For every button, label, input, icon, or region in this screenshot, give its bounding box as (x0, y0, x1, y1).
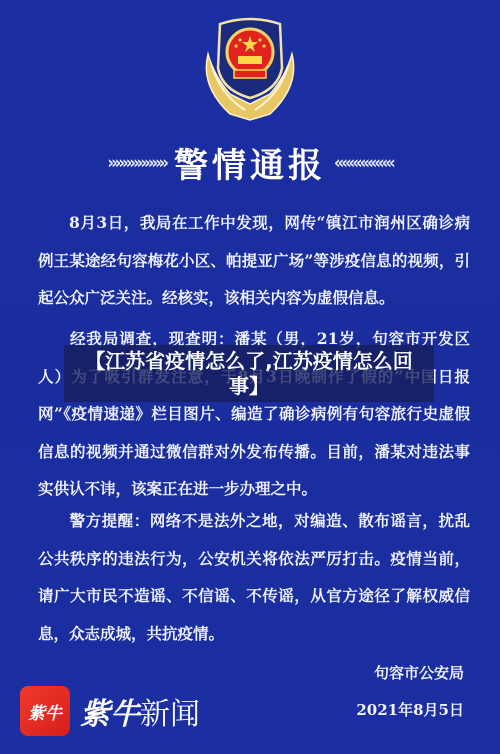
police-emblem-icon (190, 6, 310, 126)
notice-title: 警情通报 (174, 138, 326, 187)
source-logo-name: 紫牛新闻 (80, 689, 200, 733)
notice-banner: »»»»»»»» 警情通报 «««««««« (0, 142, 500, 182)
source-logo: 紫牛 紫牛新闻 (20, 686, 200, 736)
notice-paragraph-1: 8月3日，我局在工作中发现，网传“镇江市润州区确诊病例王某途经句容梅花小区、帕提… (38, 204, 470, 317)
issuing-organization: 句容市公安局 (356, 662, 464, 683)
notice-paragraph-3: 警方提醒：网络不是法外之地，对编造、散布谣言，扰乱公共秩序的违法行为，公安机关将… (38, 502, 470, 652)
chevron-left-decoration-icon: «««««««« (334, 152, 393, 173)
issue-date: 2021年8月5日 (356, 699, 464, 720)
signature-block: 句容市公安局 2021年8月5日 (356, 662, 464, 720)
caption-text: 【江苏省疫情怎么了,江苏疫情怎么回事】 (64, 349, 434, 399)
source-logo-badge-icon: 紫牛 (20, 686, 70, 736)
chevron-right-decoration-icon: »»»»»»»» (107, 152, 166, 173)
caption-overlay: 【江苏省疫情怎么了,江苏疫情怎么回事】 (64, 345, 434, 402)
